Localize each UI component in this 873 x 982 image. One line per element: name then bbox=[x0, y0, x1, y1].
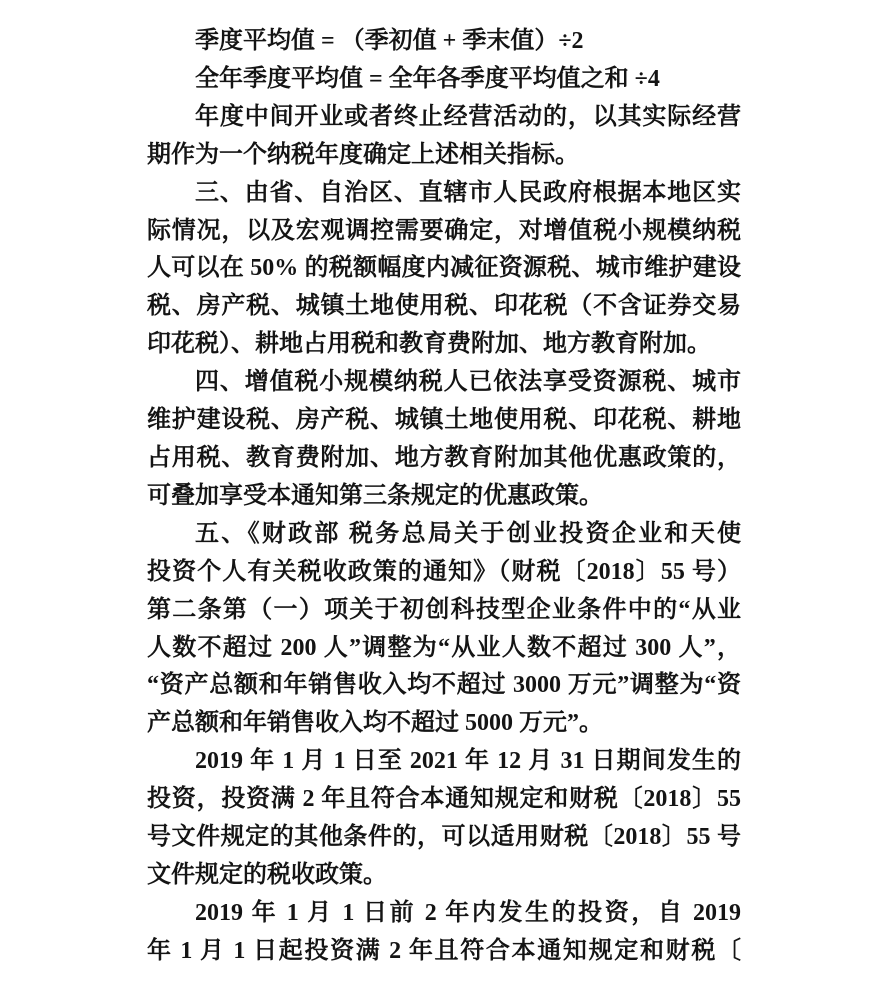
document-line: 2019 年 1 月 1 日至 2021 年 12 月 31 日期间发生的 bbox=[147, 743, 741, 781]
document-line: 投资个人有关税收政策的通知》（财税〔2018〕55 号） bbox=[147, 554, 741, 592]
document-line: 维护建设税、房产税、城镇土地使用税、印花税、耕地 bbox=[147, 402, 741, 440]
document-line: 季度平均值 = （季初值 + 季末值）÷2 bbox=[147, 23, 741, 61]
document-line: 际情况，以及宏观调控需要确定，对增值税小规模纳税 bbox=[147, 213, 741, 251]
document-line: 产总额和年销售收入均不超过 5000 万元”。 bbox=[147, 705, 741, 743]
document-line: 第二条第（一）项关于初创科技型企业条件中的“从业 bbox=[147, 592, 741, 630]
document-line: 人可以在 50% 的税额幅度内减征资源税、城市维护建设 bbox=[147, 250, 741, 288]
document-line: 2019 年 1 月 1 日前 2 年内发生的投资，自 2019 bbox=[147, 895, 741, 933]
document-page: 季度平均值 = （季初值 + 季末值）÷2全年季度平均值 = 全年各季度平均值之… bbox=[0, 0, 873, 982]
document-line: 年 1 月 1 日起投资满 2 年且符合本通知规定和财税〔 bbox=[147, 933, 741, 971]
document-line: “资产总额和年销售收入均不超过 3000 万元”调整为“资 bbox=[147, 667, 741, 705]
document-line: 三、由省、自治区、直辖市人民政府根据本地区实 bbox=[147, 175, 741, 213]
document-line: 号文件规定的其他条件的，可以适用财税〔2018〕55 号 bbox=[147, 819, 741, 857]
text-block: 季度平均值 = （季初值 + 季末值）÷2全年季度平均值 = 全年各季度平均值之… bbox=[147, 23, 741, 971]
document-line: 可叠加享受本通知第三条规定的优惠政策。 bbox=[147, 478, 741, 516]
document-line: 全年季度平均值 = 全年各季度平均值之和 ÷4 bbox=[147, 61, 741, 99]
document-line: 税、房产税、城镇土地使用税、印花税（不含证券交易 bbox=[147, 288, 741, 326]
document-line: 四、增值税小规模纳税人已依法享受资源税、城市 bbox=[147, 364, 741, 402]
document-line: 人数不超过 200 人”调整为“从业人数不超过 300 人”， bbox=[147, 630, 741, 668]
document-line: 占用税、教育费附加、地方教育附加其他优惠政策的， bbox=[147, 440, 741, 478]
document-line: 年度中间开业或者终止经营活动的，以其实际经营 bbox=[147, 99, 741, 137]
document-line: 文件规定的税收政策。 bbox=[147, 857, 741, 895]
document-line: 印花税）、耕地占用税和教育费附加、地方教育附加。 bbox=[147, 326, 741, 364]
document-line: 期作为一个纳税年度确定上述相关指标。 bbox=[147, 137, 741, 175]
document-line: 五、《财政部 税务总局关于创业投资企业和天使 bbox=[147, 516, 741, 554]
document-line: 投资，投资满 2 年且符合本通知规定和财税〔2018〕55 bbox=[147, 781, 741, 819]
